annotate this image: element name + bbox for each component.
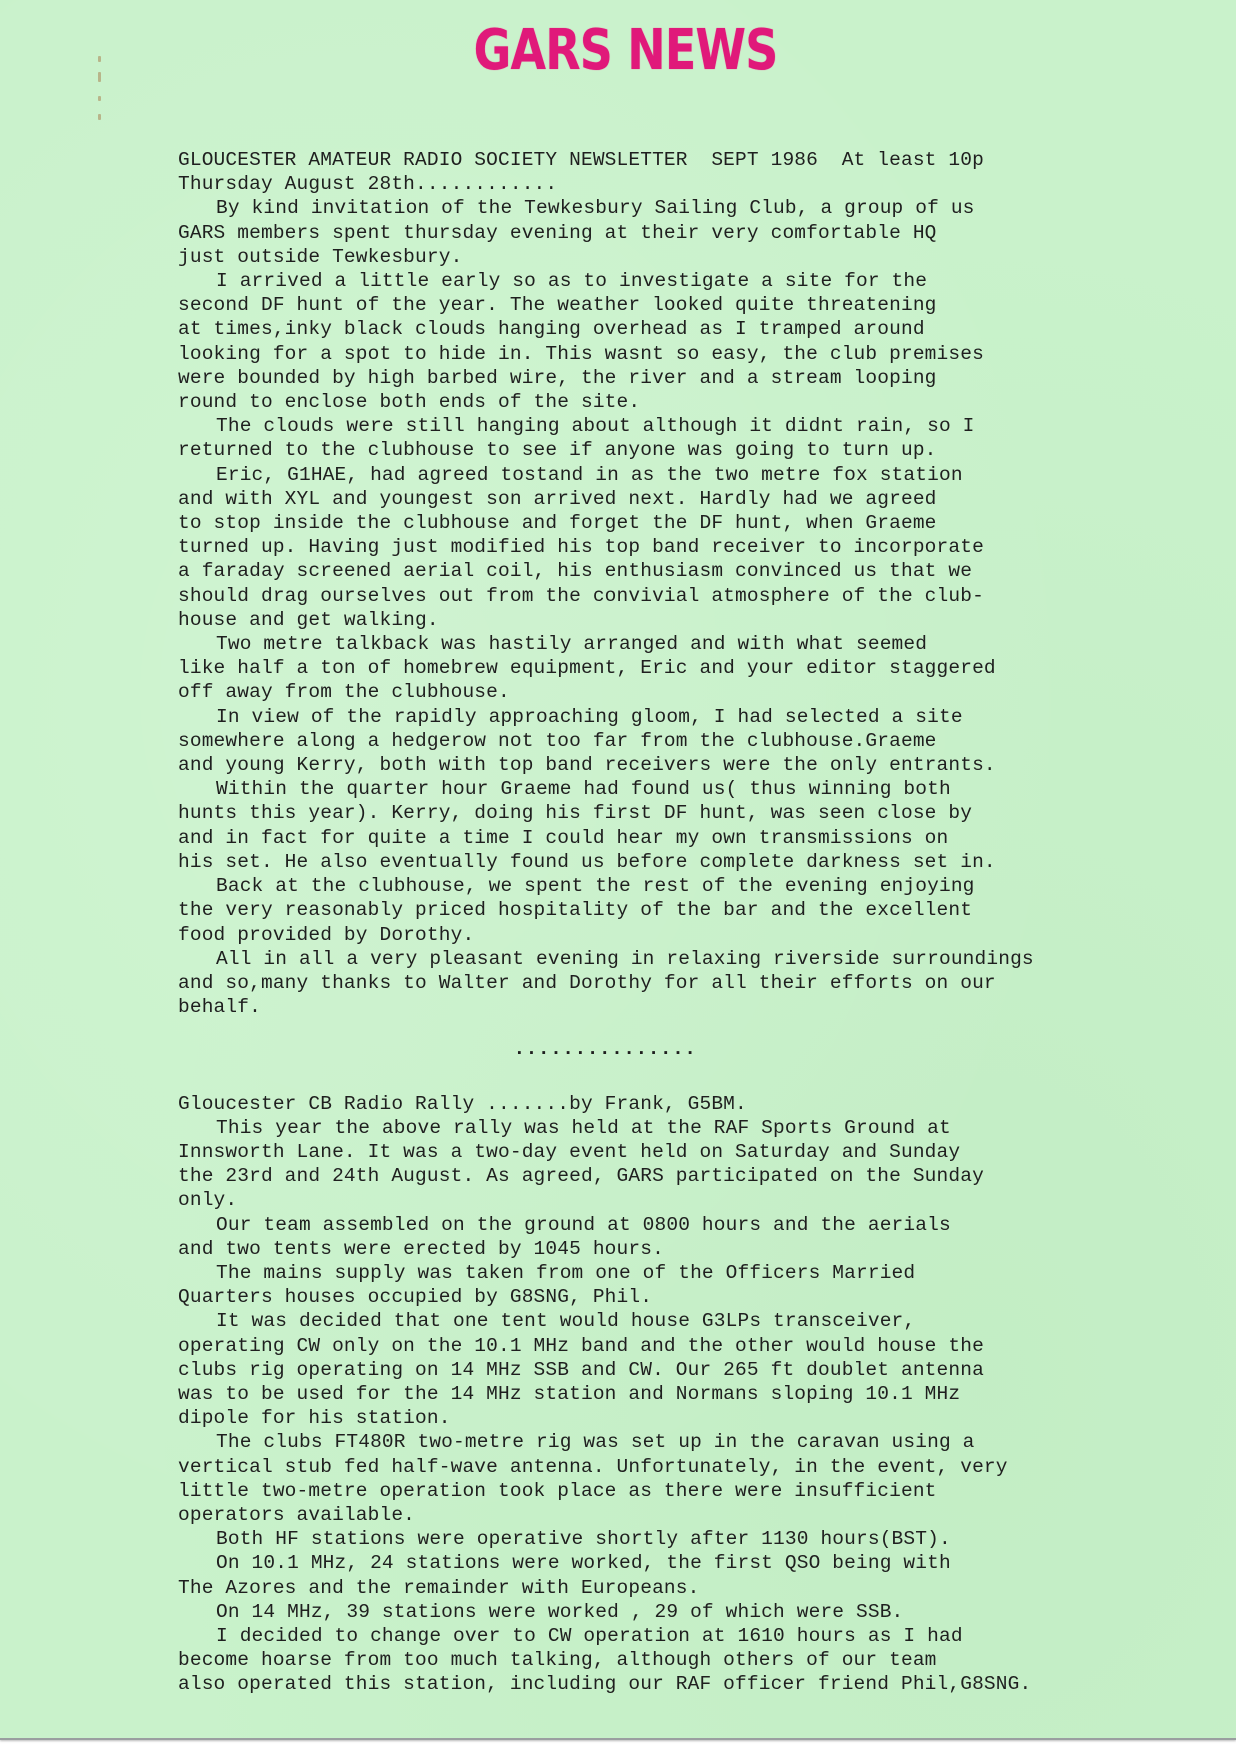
article-line: vertical stub fed half-wave antenna. Unf… [178,1455,1118,1479]
article-line: Eric, G1HAE, had agreed tostand in as th… [178,463,1118,487]
article-line: the 23rd and 24th August. As agreed, GAR… [178,1164,1118,1188]
article-line: Back at the clubhouse, we spent the rest… [178,874,1118,898]
article-line: second DF hunt of the year. The weather … [178,293,1118,317]
article-line: It was decided that one tent would house… [178,1309,1118,1333]
article-line: GARS members spent thursday evening at t… [178,221,1118,245]
article-line: hunts this year). Kerry, doing his first… [178,801,1118,825]
article-line: the very reasonably priced hospitality o… [178,898,1118,922]
article-line: also operated this station, including ou… [178,1672,1118,1696]
article-line: was to be used for the 14 MHz station an… [178,1382,1118,1406]
article-line: at times,inky black clouds hanging overh… [178,317,1118,341]
article-line: Two metre talkback was hastily arranged … [178,632,1118,656]
article-line: just outside Tewkesbury. [178,245,1118,269]
article-line: to stop inside the clubhouse and forget … [178,511,1118,535]
article-line: and so,many thanks to Walter and Dorothy… [178,971,1118,995]
article-line: dipole for his station. [178,1406,1118,1430]
punch-hole-marks [96,56,104,126]
article-line: only. [178,1188,1118,1212]
article-line: The Azores and the remainder with Europe… [178,1576,1118,1600]
article-line: become hoarse from too much talking, alt… [178,1648,1118,1672]
article-dateline: Thursday August 28th............ [178,172,1118,196]
article-line: somewhere along a hedgerow not too far f… [178,729,1118,753]
article-line: were bounded by high barbed wire, the ri… [178,366,1118,390]
article-line: looking for a spot to hide in. This wasn… [178,342,1118,366]
article-title: Gloucester CB Radio Rally .......by Fran… [178,1092,1118,1116]
article-line: operating CW only on the 10.1 MHz band a… [178,1334,1118,1358]
article-line: round to enclose both ends of the site. [178,390,1118,414]
article-line: This year the above rally was held at th… [178,1116,1118,1140]
masthead-title: GARS NEWS [119,18,1133,83]
article-line: and two tents were erected by 1045 hours… [178,1237,1118,1261]
article-line: Quarters houses occupied by G8SNG, Phil. [178,1285,1118,1309]
article-line: The clouds were still hanging about alth… [178,414,1118,438]
newsletter-header: GLOUCESTER AMATEUR RADIO SOCIETY NEWSLET… [178,148,1118,172]
article-line: and with XYL and youngest son arrived ne… [178,487,1118,511]
article-line: little two-metre operation took place as… [178,1479,1118,1503]
article-line: The mains supply was taken from one of t… [178,1261,1118,1285]
article-line: In view of the rapidly approaching gloom… [178,705,1118,729]
newsletter-page: GARS NEWS GLOUCESTER AMATEUR RADIO SOCIE… [0,0,1236,1740]
article-cb-rally: Gloucester CB Radio Rally .......by Fran… [178,1092,1118,1697]
article-line: and in fact for quite a time I could hea… [178,826,1118,850]
article-line: All in all a very pleasant evening in re… [178,947,1118,971]
article-line: By kind invitation of the Tewkesbury Sai… [178,196,1118,220]
article-line: I decided to change over to CW operation… [178,1624,1118,1648]
article-line: Both HF stations were operative shortly … [178,1527,1118,1551]
article-line: On 10.1 MHz, 24 stations were worked, th… [178,1551,1118,1575]
article-line: should drag ourselves out from the convi… [178,584,1118,608]
section-separator: ............... [0,1037,1135,1061]
article-line: house and get walking. [178,608,1118,632]
article-line: Innsworth Lane. It was a two-day event h… [178,1140,1118,1164]
article-line: his set. He also eventually found us bef… [178,850,1118,874]
article-line: clubs rig operating on 14 MHz SSB and CW… [178,1358,1118,1382]
article-line: The clubs FT480R two-metre rig was set u… [178,1430,1118,1454]
article-line: Within the quarter hour Graeme had found… [178,777,1118,801]
newsletter-body: GLOUCESTER AMATEUR RADIO SOCIETY NEWSLET… [178,148,1118,1697]
article-df-hunt: By kind invitation of the Tewkesbury Sai… [178,196,1118,1019]
article-line: like half a ton of homebrew equipment, E… [178,656,1118,680]
article-line: a faraday screened aerial coil, his enth… [178,559,1118,583]
article-line: returned to the clubhouse to see if anyo… [178,438,1118,462]
article-line: and young Kerry, both with top band rece… [178,753,1118,777]
article-line: behalf. [178,995,1118,1019]
article-line: On 14 MHz, 39 stations were worked , 29 … [178,1600,1118,1624]
article-line: turned up. Having just modified his top … [178,535,1118,559]
article-line: Our team assembled on the ground at 0800… [178,1213,1118,1237]
article-line: food provided by Dorothy. [178,923,1118,947]
article-line: operators available. [178,1503,1118,1527]
article-line: off away from the clubhouse. [178,680,1118,704]
article-line: I arrived a little early so as to invest… [178,269,1118,293]
